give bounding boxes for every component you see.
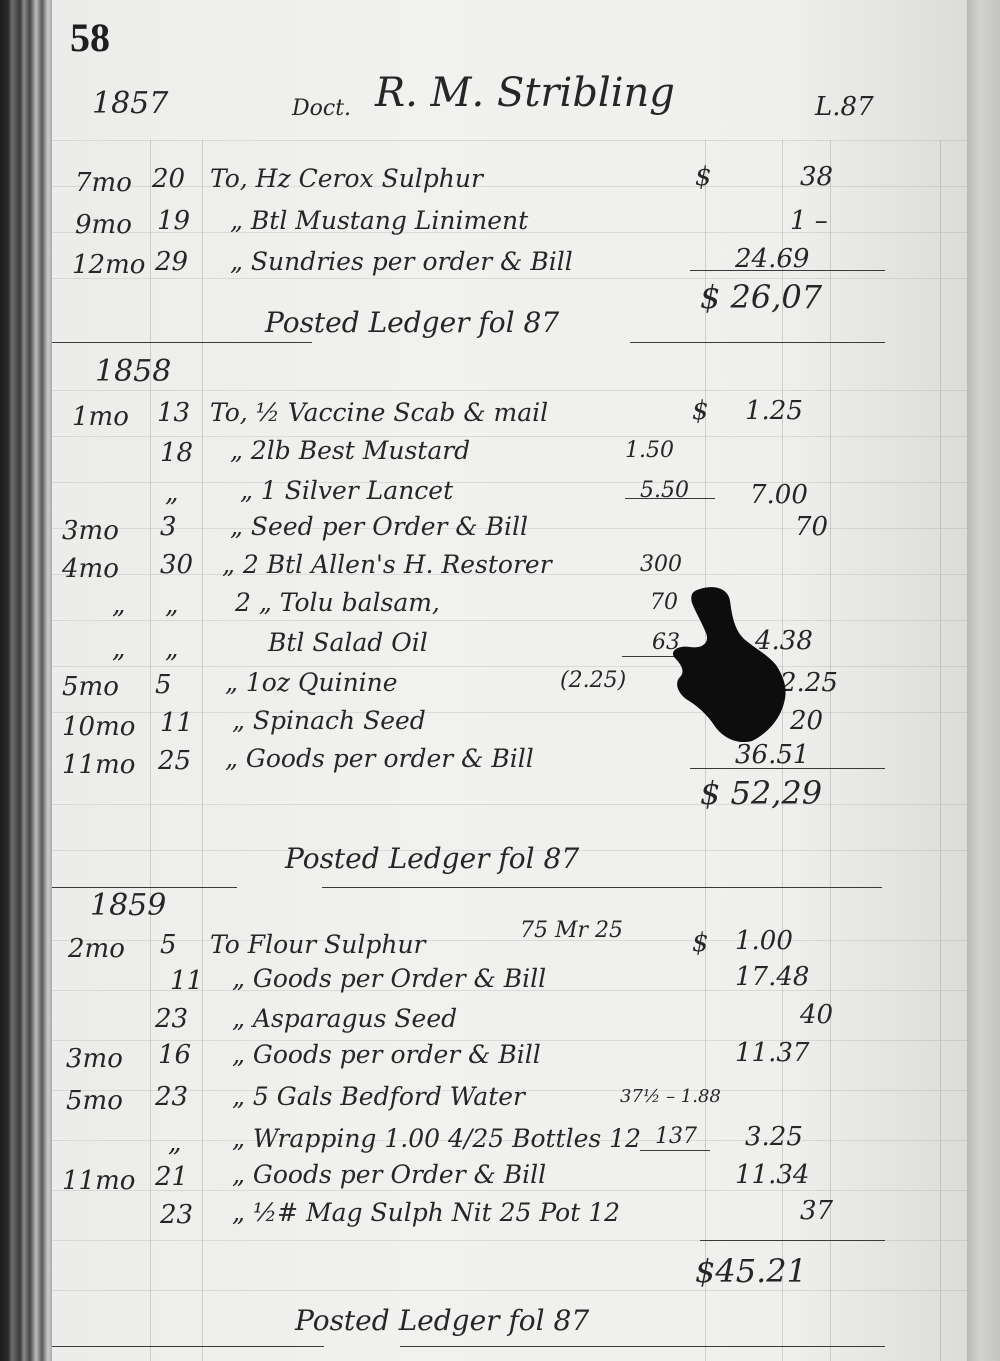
rule-line: [52, 278, 967, 279]
entry-month: 10mo: [62, 712, 135, 742]
entry-day: 16: [158, 1040, 191, 1070]
entry-month: 2mo: [68, 934, 125, 964]
closing-rule: [322, 887, 882, 888]
posted-ledger-note: Posted Ledger fol 87: [265, 306, 559, 339]
section-total: $ 26,07: [700, 278, 822, 316]
entry-day: „: [165, 478, 178, 508]
entry-day: „: [165, 590, 178, 620]
entry-subamount: 300: [640, 552, 682, 577]
closing-rule: [52, 342, 312, 343]
entry-description: „ Goods per order & Bill: [225, 744, 534, 773]
entry-amount: 11.34: [735, 1160, 809, 1190]
posted-ledger-note: Posted Ledger fol 87: [285, 842, 579, 875]
entry-amount: 1 –: [790, 206, 828, 236]
posted-ledger-note: Posted Ledger fol 87: [295, 1304, 589, 1337]
entry-description: „ ½# Mag Sulph Nit 25 Pot 12: [232, 1198, 620, 1227]
rule-right-margin: [940, 140, 941, 1361]
entry-subamount: 5.50: [640, 478, 689, 503]
page-number: 58: [70, 14, 110, 61]
sum-line: [690, 768, 885, 769]
entry-day: 13: [157, 398, 190, 428]
entry-subamount: 37½ – 1.88: [620, 1086, 721, 1107]
rule-amount-col: [705, 140, 706, 1361]
year-1857: 1857: [92, 86, 168, 121]
entry-month: 11mo: [62, 1166, 135, 1196]
closing-rule: [52, 1346, 324, 1347]
entry-description: „ 1oz Quinine: [225, 668, 398, 697]
entry-day: 23: [155, 1082, 188, 1112]
entry-description: „ Spinach Seed: [232, 706, 426, 735]
entry-description: Btl Salad Oil: [268, 628, 428, 657]
entry-month: 5mo: [66, 1086, 123, 1116]
section-total: $45.21: [695, 1252, 807, 1290]
page-edge: [967, 0, 1000, 1361]
closing-rule: [400, 1346, 885, 1347]
closing-rule: [630, 342, 885, 343]
entry-amount: 3.25: [745, 1122, 803, 1152]
entry-day: 19: [157, 206, 190, 236]
entry-day: 5: [160, 930, 177, 960]
entry-description: „ 2lb Best Mustard: [230, 436, 470, 465]
entry-subamount: 75 Mr 25: [520, 918, 623, 943]
entry-subamount: (2.25): [560, 668, 626, 693]
entry-day: 20: [152, 164, 185, 194]
book-binding: [0, 0, 52, 1361]
entry-month: 5mo: [62, 672, 119, 702]
entry-month: 1mo: [72, 402, 129, 432]
ink-blot: [672, 585, 802, 745]
rule-line: [52, 1190, 967, 1191]
rule-line: [52, 666, 967, 667]
entry-amount: 1.25: [745, 396, 803, 426]
entry-day: 30: [160, 550, 193, 580]
entry-day: 23: [160, 1200, 193, 1230]
entry-amount: 11.37: [735, 1038, 809, 1068]
dollar-sign: $: [695, 162, 712, 192]
entry-description: „ Btl Mustang Liniment: [230, 206, 528, 235]
rule-line: [52, 390, 967, 391]
entry-day: 5: [155, 670, 172, 700]
entry-description: To Flour Sulphur: [210, 930, 426, 959]
entry-amount: 7.00: [750, 480, 808, 510]
entry-day: 11: [160, 708, 193, 738]
entry-subamount: 137: [655, 1124, 697, 1149]
entry-day: „: [168, 1128, 181, 1158]
rule-line: [52, 1290, 967, 1291]
entry-month: 11mo: [62, 750, 135, 780]
entry-month: 4mo: [62, 554, 119, 584]
rule-line: [52, 482, 967, 483]
entry-description: 2 „ Tolu balsam,: [235, 588, 440, 617]
entry-description: „ Asparagus Seed: [232, 1004, 457, 1033]
entry-amount: 1.00: [735, 926, 793, 956]
entry-description: „ Sundries per order & Bill: [230, 247, 573, 276]
entry-description: „ 2 Btl Allen's H. Restorer: [222, 550, 552, 579]
entry-month: „: [112, 634, 125, 664]
entry-month: 12mo: [72, 250, 145, 280]
account-name: R. M. Stribling: [375, 70, 675, 116]
rule-day-col: [202, 140, 203, 1361]
account-folio: L.87: [815, 92, 874, 122]
entry-day: 29: [155, 247, 188, 277]
sub-sum-line: [640, 1150, 710, 1151]
entry-day: „: [165, 634, 178, 664]
year-1859: 1859: [90, 888, 166, 923]
entry-day: 23: [155, 1004, 188, 1034]
entry-day: 18: [160, 438, 193, 468]
entry-description: To, Hz Cerox Sulphur: [210, 164, 483, 193]
rule-line: [52, 436, 967, 437]
account-prefix: Doct.: [292, 96, 351, 121]
entry-description: „ Seed per Order & Bill: [230, 512, 528, 541]
entry-description: „ 5 Gals Bedford Water: [232, 1082, 525, 1111]
entry-day: 21: [155, 1162, 188, 1192]
entry-amount: 38: [800, 162, 833, 192]
entry-subamount: 1.50: [625, 438, 674, 463]
rule-line: [52, 940, 967, 941]
entry-amount: 37: [800, 1196, 833, 1226]
entry-description: To, ½ Vaccine Scab & mail: [210, 398, 548, 427]
rule-line: [52, 620, 967, 621]
sum-line: [700, 1240, 885, 1241]
entry-amount: 40: [800, 1000, 833, 1030]
rule-month-col: [150, 140, 151, 1361]
rule-line: [52, 140, 967, 141]
sub-sum-line: [625, 498, 715, 499]
entry-month: 7mo: [75, 168, 132, 198]
entry-description: „ Wrapping 1.00 4/25 Bottles 12: [232, 1124, 641, 1153]
entry-description: „ Goods per order & Bill: [232, 1040, 541, 1069]
entry-description: „ Goods per Order & Bill: [232, 964, 546, 993]
entry-amount: 70: [795, 512, 828, 542]
entry-day: 11: [170, 966, 203, 996]
year-1858: 1858: [95, 354, 171, 389]
entry-month: 3mo: [62, 516, 119, 546]
entry-month: 9mo: [75, 210, 132, 240]
section-total: $ 52,29: [700, 774, 822, 812]
sum-line: [690, 270, 885, 271]
entry-month: 3mo: [66, 1044, 123, 1074]
dollar-sign: $: [692, 928, 709, 958]
rule-line: [52, 804, 967, 805]
entry-day: 25: [158, 746, 191, 776]
entry-month: „: [112, 590, 125, 620]
dollar-sign: $: [692, 396, 709, 426]
entry-day: 3: [160, 512, 177, 542]
entry-description: „ Goods per Order & Bill: [232, 1160, 546, 1189]
rule-cents-col: [830, 140, 831, 1361]
entry-amount: 17.48: [735, 962, 809, 992]
entry-description: „ 1 Silver Lancet: [240, 476, 453, 505]
